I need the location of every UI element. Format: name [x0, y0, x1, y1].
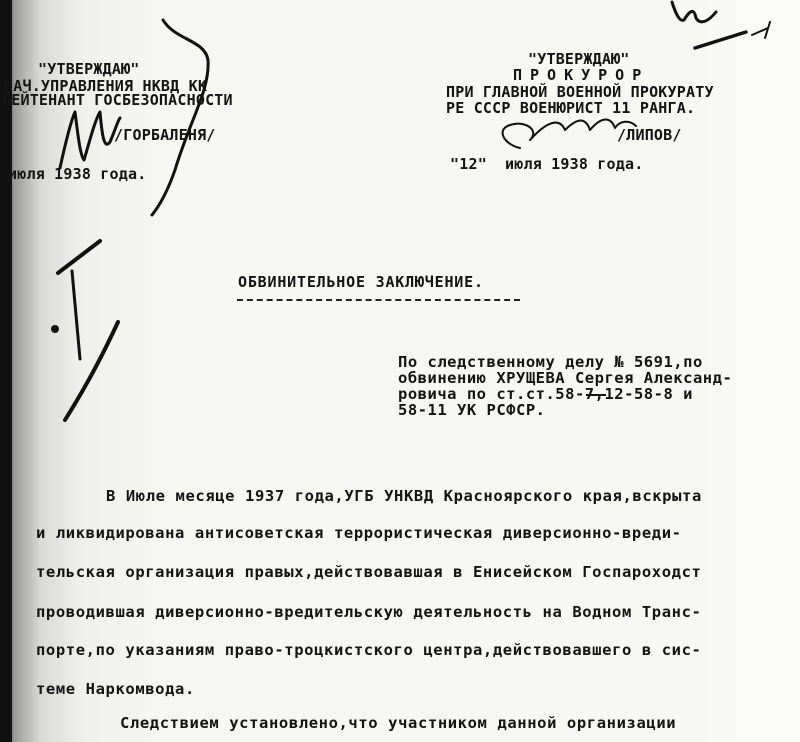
document-title: ОБВИНИТЕЛЬНОЕ ЗАКЛЮЧЕНИЕ.: [238, 275, 484, 290]
corner-handwritten-number: [672, 2, 716, 22]
left-approval-rank: ЛЕЙТЕНАНТ ГОСБЕЗОПАСНОСТИ: [2, 93, 233, 108]
document-page: "УТВЕРЖДАЮ" НАЧ.УПРАВЛЕНИЯ НКВД КК ЛЕЙТЕ…: [0, 0, 800, 742]
margin-slash: [65, 322, 118, 420]
margin-dot: [51, 325, 59, 333]
right-approval-date-day: "12": [450, 157, 487, 172]
right-approval-title: ПРОКУРОР: [513, 68, 649, 83]
body-line: Следствием установлено,что участником да…: [120, 716, 676, 732]
right-approval-name: /ЛИПОВ/: [617, 128, 682, 143]
left-approval-name: /ГОРБАЛЕНЯ/: [114, 128, 216, 143]
right-signature: [503, 120, 636, 148]
left-signature-initials: [60, 112, 120, 168]
body-line: проводившая диверсионно-вредительскую де…: [36, 605, 701, 621]
corner-tick-mark: [752, 22, 770, 38]
margin-mark-top: [58, 241, 100, 273]
body-line: теме Наркомвода.: [36, 682, 195, 698]
right-approval-rank: РЕ СССР ВОЕНЮРИСТ 11 РАНГА.: [446, 101, 695, 116]
page-binding-shadow: [0, 0, 12, 742]
case-summary-line: 58-11 УК РСФСР.: [398, 403, 545, 419]
right-approval-heading: "УТВЕРЖДАЮ": [528, 52, 630, 67]
body-line: и ликвидирована антисоветская террористи…: [36, 526, 682, 542]
margin-mark-vertical: [72, 271, 80, 359]
body-line: тельская организация правых,действовавша…: [36, 565, 701, 581]
left-signature-stroke: [152, 20, 208, 215]
right-approval-date: июля 1938 года.: [505, 157, 643, 172]
left-approval-date: июля 1938 года.: [8, 167, 146, 182]
title-underline: [237, 299, 520, 301]
left-approval-heading: "УТВЕРЖДАЮ": [38, 62, 140, 77]
body-line: В Июле месяце 1937 года,УГБ УНКВД Красно…: [106, 489, 702, 505]
corner-strike-mark: [695, 32, 746, 48]
right-approval-office: ПРИ ГЛАВНОЙ ВОЕННОЙ ПРОКУРАТУ: [446, 85, 714, 100]
body-line: порте,по указаниям право-троцкистского ц…: [36, 643, 701, 659]
struck-out-mark: [586, 394, 606, 396]
